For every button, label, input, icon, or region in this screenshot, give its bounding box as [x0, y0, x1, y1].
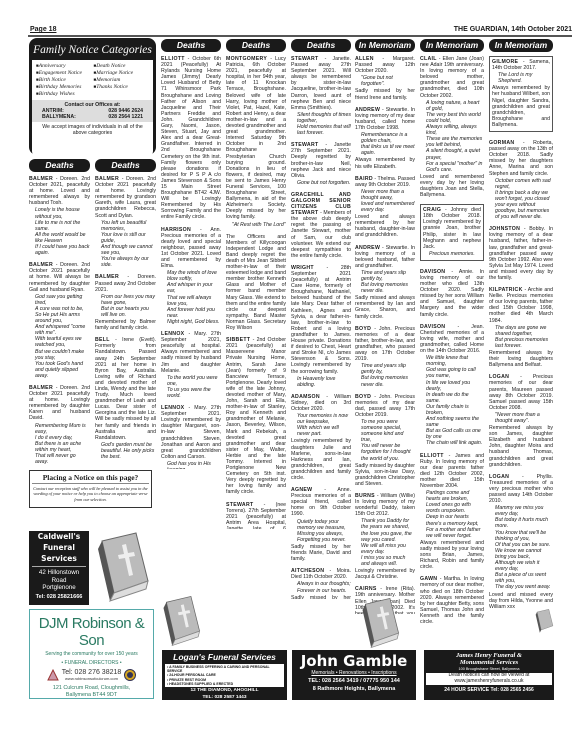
notice-name: BOYD: [355, 326, 371, 332]
crest-logo-icon: [124, 669, 136, 681]
notice-verse: God has you in His keeping,We have you i…: [161, 461, 221, 469]
caldwell-ad: Caldwell's Funeral Services 42 Hillonsto…: [29, 531, 89, 605]
category-item: Marriage Notice: [94, 70, 150, 76]
notice-text: - Roberta, passed away on the 13th of Oc…: [489, 140, 553, 176]
notice: ANDREW - Stewartie. In loving memory of …: [355, 107, 415, 170]
notice-verse: Quietly today your memory we treasure,Mi…: [291, 519, 351, 543]
header-rule: [28, 35, 572, 37]
section-banner-memoriam: In Memoriam: [489, 39, 553, 52]
notice-footer: Always remembered by his wife Elizabeth.: [355, 157, 415, 169]
notice: GRACEHILL AND GALGORM SENIOR CITIZENS CL…: [291, 192, 351, 259]
james-henry-website: www.jameshenryfunerals.co.uk: [426, 679, 552, 685]
notice-verse: Remembering Mum is easy,I do it every da…: [29, 423, 90, 464]
notice: BAIRD - Thelma. Passed away 9th October …: [355, 176, 415, 239]
accept-images-note: We accept images of individuals in all o…: [36, 124, 149, 136]
djm-phone: Tel: 028 276 38218: [62, 669, 122, 676]
notice-verse: Precious memories.: [423, 251, 481, 257]
notice-text: - Archie and Nellie. Precious memories o…: [489, 287, 553, 323]
notice-text: - October 6th 2021 (Peacefully) At Rylan…: [161, 56, 221, 220]
category-item: Birthday Wishes: [36, 91, 92, 97]
placing-notice-box: Placing a Notice on this page? Contact o…: [29, 470, 152, 508]
warning-triangle-logo-icon: [47, 669, 59, 681]
notice-name: AGNEW: [291, 487, 312, 493]
notice-name: MONTGOMERY: [226, 56, 267, 62]
column-8: In Memoriam GILMORE - Samena, 14th Octob…: [489, 39, 553, 644]
caldwell-phone: Tel: 028 25821666: [29, 594, 89, 600]
notice-name: BALMER: [95, 274, 119, 280]
category-item: Engagement Notice: [36, 70, 92, 76]
notice-footer: Lovingly remembered by Jacqui & Christin…: [355, 568, 415, 580]
notice-name: BAIRD: [355, 176, 373, 182]
james-henry-ad: James Henry Funeral & Monumental Service…: [424, 650, 554, 700]
notice-name: BALMER: [95, 176, 119, 182]
notice-footer: Remembered by Balmer family and family c…: [95, 319, 156, 331]
notice-footer: Always remembered and sadly missed by yo…: [420, 540, 484, 570]
logans-phone: TEL: 028 2587 1443: [165, 695, 284, 701]
notice: BALMER - Doreen. 2nd October 2021 peacef…: [95, 176, 156, 268]
notice-verse: Gone but not forgotten.: [291, 180, 351, 186]
contact-offices: Contact our Offices at: ANTRIM:028 9446 …: [32, 100, 153, 122]
notice-name: STEWART: [226, 502, 253, 508]
notice: JOHNSTON - Bobby. In loving memory of a …: [489, 226, 553, 281]
notice-footer: Sadly missed and always remembered by Ia…: [355, 295, 415, 319]
notice: ANDREW - Stewartie. In loving memory of …: [355, 245, 415, 320]
notice-text: - Irene (Evett). Formerly from Randalsto…: [95, 337, 156, 441]
notice-text: - Lucy Patricia, 6th October 2021, peace…: [226, 56, 286, 220]
notice-name: ELLIOTT: [161, 56, 185, 62]
notice-name: HARRISON: [161, 227, 191, 233]
notice-footer: Sadly missed by her friends Marie, David…: [291, 544, 351, 562]
notice-verse: Time and years slip gently by,But loving…: [355, 363, 415, 387]
category-item: Birthday Memories: [36, 84, 92, 90]
column-7: In Memoriam CLAIL - Ellen Jane (Joan) ne…: [420, 39, 484, 644]
notice-footer: Sadly missed by her friend Irene and fam…: [355, 88, 415, 100]
notice: BALMER - Doreen. 2nd October 2021 peacef…: [29, 262, 90, 379]
notice: CLAIL - Ellen Jane (Joan) nee Adair 19th…: [420, 56, 484, 198]
notice-text: - Ann. Precious memories of a dearly lov…: [161, 227, 221, 270]
notice: ADAMSON - William Sidney, died on 3rd Oc…: [291, 394, 351, 481]
notice-verse: A loving nature, a heart of gold,The ver…: [420, 100, 484, 173]
notice-name: LOGAN: [489, 474, 509, 480]
category-item: Thanks Notice: [94, 84, 150, 90]
notice: ALLEN - Margaret. Passed away 12th Octob…: [355, 56, 415, 101]
notice-text: - Janette 27th September 2021. Deeply re…: [291, 142, 351, 178]
notice: AITCHESON - Moira. Died 11th October 202…: [291, 568, 351, 599]
notice-footer: Lovingly remembered by daughters Julie a…: [291, 438, 351, 481]
bible-icon: [360, 597, 404, 649]
notice-name: LENNOX: [161, 405, 184, 411]
notice-verse: To the world you were one,To us you were…: [161, 375, 221, 399]
publication-date: THE GUARDIAN, 14th October 2021: [454, 26, 572, 33]
notice-verse: To me you were someone special,someone k…: [355, 419, 415, 462]
notice-text: - Ellen Jane (Joan) nee Adair 19th anniv…: [420, 56, 484, 99]
column-1: Deaths BALMER - Doreen. 2nd October 2021…: [29, 159, 90, 464]
notice-name: ADAMSON: [291, 394, 320, 400]
section-banner-memoriam: In Memoriam: [420, 39, 484, 52]
column-5: Deaths STEWART - Janette. Passed away 27…: [291, 39, 351, 599]
notice: CRAIG - Johnny died 18th October 2018. L…: [420, 204, 484, 261]
placing-text: Contact our reception staff who will be …: [32, 486, 149, 502]
notice-verse: The days are gone we shared together,But…: [489, 325, 553, 349]
notice: LOGAN - Precious memories of our dear pa…: [489, 374, 553, 467]
john-gamble-ad: John Gamble Memorials • Renovations • In…: [292, 650, 416, 700]
notice-name: GORMAN: [489, 140, 514, 146]
notice-name: BELL: [95, 337, 110, 343]
categories-title: Family Notice Categories: [32, 44, 153, 56]
notice-verse: Time and years slip gently by,But loving…: [355, 270, 415, 294]
section-banner-deaths: Deaths: [95, 159, 156, 172]
notice: HARRISON - Ann. Precious memories of a d…: [161, 227, 221, 326]
notice: STEWART - (nee Torrens). 27th September …: [226, 502, 286, 529]
section-banner-deaths: Deaths: [161, 39, 221, 52]
notice-name: BOYD: [355, 394, 371, 400]
notice-text: - Doreen. 2nd October 2021 peacefully at…: [95, 176, 156, 219]
notice: ELLIOTT - October 6th 2021 (Peacefully) …: [161, 56, 221, 221]
page-number: Page 18: [30, 26, 56, 33]
logans-funeral-ad: Logan's Funeral Services • A FAMILY BUSI…: [162, 650, 287, 700]
notice: BURNS - William (Willie) In loving memor…: [355, 493, 415, 580]
column-3: Deaths ELLIOTT - October 6th 2021 (Peace…: [161, 39, 221, 469]
notice: MONTGOMERY - Lucy Patricia, 6th October …: [226, 56, 286, 228]
notice-text: - Members of the above club deeply regre…: [291, 210, 351, 259]
notice-verse: Partings come and hearts are broken,Love…: [420, 490, 484, 539]
notice-verse: From our lives you may have gone,But in …: [95, 294, 156, 318]
notice-name: JOHNSTON: [489, 226, 520, 232]
notice-verse: "Never more than a thought away".: [489, 412, 553, 424]
notice-text: The Officers and Members of Killycoogan …: [226, 234, 286, 331]
notice: The Officers and Members of Killycoogan …: [226, 234, 286, 332]
notice-footer: Sadly missed by daughter Sylvia, son-in-…: [355, 463, 415, 487]
notice: LENNOX - Mary. 27th September 2021. Lovi…: [161, 405, 221, 469]
notice-verse: "At Rest with The Lord": [226, 222, 286, 228]
categories-list: AnniversaryDeath NoticeEngagement Notice…: [36, 63, 149, 97]
notice: LOGAN - Phyllis. Treasured memories of a…: [489, 474, 553, 610]
notice-footer: Always remembered by her husband Wilbert…: [492, 85, 550, 128]
notice-name: STEWART: [291, 142, 318, 148]
column-4: Deaths MONTGOMERY - Lucy Patricia, 6th O…: [226, 39, 286, 529]
notice-text: - Janette. Passed away 27th September 20…: [291, 56, 351, 111]
category-item: Anniversary: [36, 63, 92, 69]
notice: KILPATRICK - Archie and Nellie. Precious…: [489, 287, 553, 368]
category-item: Death Notice: [94, 63, 150, 69]
james-henry-phone: 24 HOUR SERVICE Tel: 028 2565 2456: [426, 687, 552, 693]
notice-verse: God saw you getting tired,A cure was not…: [29, 294, 90, 379]
notice: STEWART - Janette. Passed away 27th Sept…: [291, 56, 351, 136]
notice-name: ANDREW: [355, 107, 380, 113]
notice-text: - Annie. In loving memory of our mother …: [420, 269, 484, 318]
notice-name: SIBBETT: [226, 337, 250, 343]
notice-name: ANDREW: [355, 245, 380, 251]
notice-verse: Lonely is the house without you,Life to …: [29, 207, 90, 256]
notice-text: - Precious memories of our dear parents,…: [489, 374, 553, 410]
notice-verse: The Lord is my Shepherd.: [492, 72, 550, 84]
notice: GAWN - Martha. In loving memory of our d…: [420, 576, 484, 625]
notice-verse: Rememberance is a golden chain,that link…: [355, 132, 415, 156]
notice-name: AITCHESON: [291, 568, 324, 574]
notice: DAVISON - Jean. Cherished memories of a …: [420, 324, 484, 447]
notice-name: KILPATRICK: [489, 287, 523, 293]
notice-name: ALLEN: [355, 56, 374, 62]
notice: BALMER - Doreen. 2nd October 2021 peacef…: [29, 385, 90, 464]
notice-text: - Mary. 27th September 2021, peacefully …: [161, 331, 221, 374]
notice-text: - James and Ruby. In loving memory of ou…: [420, 453, 484, 489]
gamble-phone: TEL: 028 2564 3419 / 07775 950 144: [292, 678, 416, 684]
notice-verse: God's garden must be beautiful. He only …: [95, 442, 156, 460]
notice-text: - 2nd October 2021 (peacefully) at Masse…: [226, 337, 286, 495]
notice-name: BALMER: [29, 176, 53, 182]
notice: GORMAN - Roberta, passed away on the 13t…: [489, 140, 553, 220]
notice: GILMORE - Samena, 14th October 2017.The …: [489, 56, 553, 132]
notice: SIBBETT - 2nd October 2021 (peacefully) …: [226, 337, 286, 495]
notice-text: - Doreen. 2nd October 2021 peacefully at…: [29, 385, 90, 421]
notice-name: BALMER: [29, 262, 53, 268]
notice-verse: We little knew that morning,God was goin…: [420, 355, 484, 446]
notice-name: ELLIOTT: [420, 453, 444, 459]
notice: BOYD - John. Precious memories of a dear…: [355, 326, 415, 388]
notice-verse: In Heavenly love abiding.: [291, 376, 351, 388]
notice-verse: "Gone but not forgotten".: [355, 75, 415, 87]
notice-footer: Loved and remembered every day by her lo…: [420, 174, 484, 198]
notice-name: WRIGHT: [291, 265, 314, 271]
notice: ELLIOTT - James and Ruby. In loving memo…: [420, 453, 484, 571]
notice: BALMER - Doreen. 2nd October 2021, peace…: [29, 176, 90, 256]
bible-icon: [96, 531, 154, 603]
notice-verse: Mammy we miss you every day,But today it…: [489, 505, 553, 590]
notice: WRIGHT - 28th September 2021 (peacefully…: [291, 265, 351, 388]
djm-website: www.robinsonsofculcrum.com: [62, 676, 122, 681]
notice-name: LOGAN: [489, 374, 509, 380]
placing-title: Placing a Notice on this page?: [32, 473, 149, 484]
notice: AGNEW - Anne. Precious memories of a spe…: [291, 487, 351, 562]
notice-name: CAIRNS: [355, 586, 377, 592]
bible-icon: [162, 595, 204, 647]
section-banner-deaths: Deaths: [291, 39, 351, 52]
notice-name: DAVISON: [420, 324, 445, 330]
notice-verse: Never more than a thought away,loved and…: [355, 189, 415, 213]
notice-footer: Sadly missed by her husband Hubert and f…: [291, 595, 351, 599]
notice-name: STEWART: [291, 56, 318, 62]
notice-name: DAVISON: [420, 269, 445, 275]
notice-verse: Thank you Daddy for the years we shared,…: [355, 518, 415, 567]
column-2: Deaths BALMER - Doreen. 2nd October 2021…: [95, 159, 156, 464]
notice-verse: October comes with sad regret,It brings …: [489, 178, 553, 221]
notice: BALMER - Doreen. Passed away 2nd October…: [95, 274, 156, 331]
family-notice-categories: Family Notice Categories AnniversaryDeat…: [29, 38, 156, 155]
notice-text: - Bobby. In loving memory of a dear husb…: [489, 226, 553, 281]
notice: LENNOX - Mary. 27th September 2021, peac…: [161, 331, 221, 399]
notice-name: GAWN: [420, 576, 437, 582]
section-banner-deaths: Deaths: [29, 159, 90, 172]
notice-footer: Remembered always by their loving daught…: [489, 350, 553, 368]
notice-verse: Your memories is now our keepsake,With w…: [291, 413, 351, 437]
category-item: Memoriam: [94, 77, 150, 83]
notice-verse: Silent thoughts of times together,Hold m…: [291, 112, 351, 136]
notice: STEWART - Janette 27th September 2021. D…: [291, 142, 351, 186]
notice-name: LENNOX: [161, 331, 184, 337]
notice-text: - John. Precious memories of a dear fath…: [355, 326, 415, 362]
notice-name: CLAIL: [420, 56, 437, 62]
notice-name: CRAIG: [423, 207, 441, 213]
notice-footer: Loved and always remembered by her husba…: [355, 214, 415, 238]
notice-footer: Remembered always by son James, daughter…: [489, 425, 553, 468]
djm-robinson-ad: DJM Robinson & Son Serving the community…: [29, 609, 154, 699]
bible-icon: [535, 597, 555, 645]
section-banner-memoriam: In Memoriam: [355, 39, 415, 52]
notice-verse: May the winds of love blow softly,And wh…: [161, 270, 221, 325]
notice-verse: You left us beautiful memories,Your love…: [95, 220, 156, 269]
ballymena-phone: 028 2564 1221: [108, 114, 143, 120]
notice: BOYD - John. Precious memories of my dea…: [355, 394, 415, 487]
section-banner-deaths: Deaths: [226, 39, 286, 52]
notice-name: BURNS: [355, 493, 375, 499]
notice-text: - Johnny died 18th October 2018. Lovingl…: [423, 207, 481, 250]
category-item: Birth Notice: [36, 77, 92, 83]
notice-text: - Mary. 27th September 2021. Lovingly re…: [161, 405, 221, 460]
notice-verse: Always in our thoughts;Forever in our he…: [291, 581, 351, 593]
notice-name: GILMORE: [492, 59, 518, 65]
notice-name: BALMER: [29, 385, 53, 391]
notice: BELL - Irene (Evett). Formerly from Rand…: [95, 337, 156, 460]
column-6: In Memoriam ALLEN - Margaret. Passed awa…: [355, 39, 415, 614]
notice-text: - Martha. In loving memory of our dear m…: [420, 576, 484, 625]
notice: DAVISON - Annie. In loving memory of our…: [420, 269, 484, 318]
notice-text: - 28th September 2021 (peacefully) at An…: [291, 265, 351, 375]
